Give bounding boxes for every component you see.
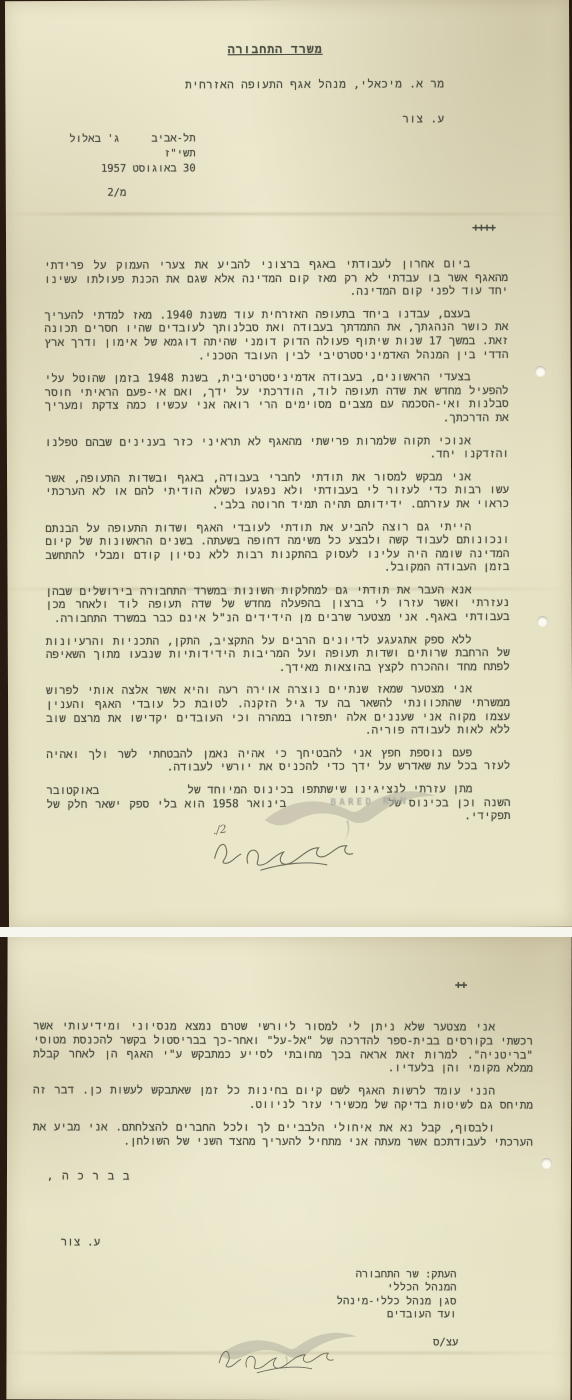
punch-hole: [541, 1158, 552, 1169]
scanned-letter: משרד התחבורה מר א. מיכאלי, מנהל אגף התעו…: [0, 0, 572, 1400]
copies-list: העתק: שר התחבורה המנהל הכללי סגן מנהל כל…: [337, 1268, 457, 1322]
copy-recipient: העתק: שר התחבורה: [337, 1268, 457, 1282]
punch-hole: [535, 366, 546, 377]
copy-recipient: המנהל הכללי: [337, 1282, 457, 1296]
section-divider: ++: [455, 978, 466, 991]
punch-hole: [537, 616, 548, 627]
copy-recipient: ועד העובדים: [337, 1308, 457, 1322]
handwritten-signature: [214, 1338, 342, 1378]
closing-salutation: ב ב ר כ ה ,: [47, 1169, 131, 1183]
letter-body-page2: אני מצטער שלא ניתן לי למסור ליורשי שטרם …: [33, 1019, 533, 1158]
signer-name: ע. צור: [61, 1235, 101, 1249]
paragraph: הנני עומד לרשות האגף לשם קיום בחינות כל …: [33, 1084, 533, 1113]
paragraph: ולבסוף, קבל נא את איחולי הלבביים לך ולכל…: [33, 1120, 533, 1149]
copy-recipient: סגן מנהל כללי-מינהל: [337, 1295, 457, 1309]
page2-content: ++ אני מצטער שלא ניתן לי למסור ליורשי שט…: [0, 0, 572, 1400]
typist-reference: עצ/ס: [433, 1336, 458, 1349]
paragraph: אני מצטער שלא ניתן לי למסור ליורשי שטרם …: [33, 1019, 533, 1075]
